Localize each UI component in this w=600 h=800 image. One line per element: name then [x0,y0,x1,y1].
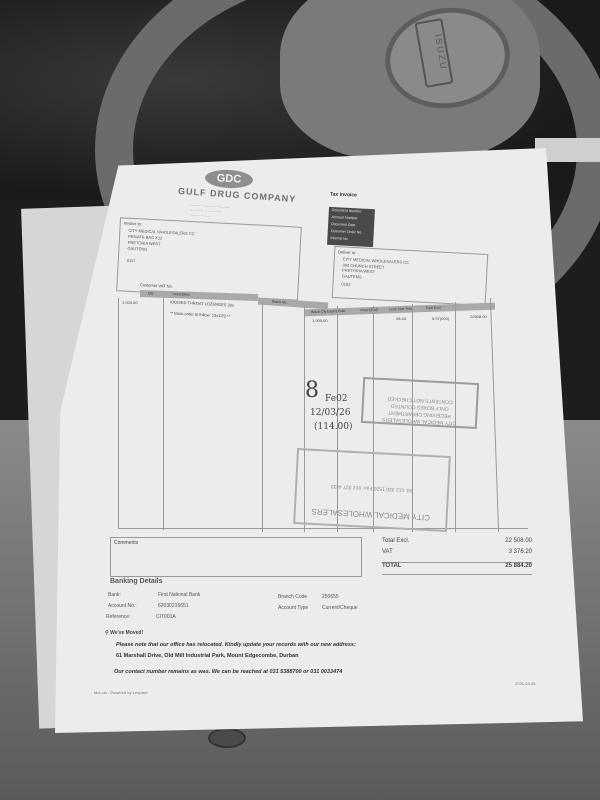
invoice-to-box: Invoice to: CITY MEDICAL WHOLESALERS CC … [116,217,302,300]
banking-title: Banking Details [110,578,163,585]
branch-label: Branch Code [278,594,307,600]
table-border-left [118,298,119,528]
stamp-line: Tel: 012 328 1520 Fax: 012 327 4432 [297,480,447,495]
row-qty: 1 000.00 [122,300,138,305]
col-batch-qty: Batch Qty [305,310,327,315]
moved-notice: Please note that our office has relocate… [116,642,356,648]
handwritten-date: 12/03/26 [310,408,350,418]
grand-total-label: TOTAL [382,563,401,574]
row-price: 28.44 [396,316,406,321]
grand-total-value: 25 884.20 [505,563,532,574]
account-value: 62030216651 [158,603,189,609]
contact-notice: Our contact number remains as was. We ca… [114,669,342,675]
handwritten-signature: 8 [305,378,319,403]
table-col-divider [262,302,263,532]
receiving-stamp: CITY MEDICAL WHOLESALERS RECEIVING DEPAR… [361,377,479,429]
comments-label: Comments [111,538,361,548]
vat-label: VAT [382,549,393,560]
stamp-line: CITY MEDICAL WHOLESALERS [296,507,446,522]
handwritten-ref: Fe02 [325,394,348,404]
label-internal-no: Internal No. [327,235,373,244]
col-description: Description [162,292,190,297]
new-address: 61 Marshall Drive, Old Mill Industrial P… [116,653,298,659]
total-excl-row: Total Excl. 22 508.00 [382,538,532,549]
bank-label: Bank: [108,592,121,598]
col-qty: Qty [140,291,162,296]
document-info-box: Document Number Account Number Document … [327,207,375,247]
row-total-excl: 22508.00 [470,314,487,319]
footer-software: McLoin - Powered by Leopard [94,690,147,695]
moved-title: ⚲ We've Moved! [105,630,143,636]
row-batch-qty: 1 000.00 [312,318,328,323]
footer-date: 2026-03-06 [515,681,535,686]
total-excl-value: 22 508.00 [505,538,532,549]
grand-total-row: TOTAL 25 884.20 [382,562,532,575]
bank-value: First National Bank [158,592,200,598]
vat-value: 3 376.20 [509,549,532,560]
table-col-divider [163,298,164,530]
vat-row: VAT 3 376.20 [382,549,532,560]
moved-title-text: We've Moved! [110,630,143,636]
totals-box: Total Excl. 22 508.00 VAT 3 376.20 TOTAL… [382,538,532,575]
document-title: Tax Invoice [330,192,357,199]
col-total-excl: Total Excl. [414,306,442,311]
account-type-value: Current/Cheque [322,605,358,611]
comments-box: Comments [110,537,362,577]
invoice-to-line: 0117 [127,258,299,273]
shirt-button [208,728,246,748]
reference-label: Reference: [106,614,130,620]
handwritten-amount: (114.00) [314,422,353,432]
reference-value: CIT001A [156,614,176,620]
row-line-value: 5.97(000) [432,316,449,321]
company-stamp: CITY MEDICAL WHOLESALERS Tel: 012 328 15… [293,448,451,532]
deliver-to-box: Deliver to: CITY MEDICAL WHOLESALERS CC … [332,246,489,306]
col-less: Less [379,307,397,312]
table-bottom-border [118,528,528,529]
branch-value: 250655 [322,594,339,600]
total-excl-label: Total Excl. [382,538,409,549]
location-pin-icon: ⚲ [105,630,109,636]
account-type-label: Account Type [278,605,308,611]
account-label: Account No.: [108,603,137,609]
col-line-total: Line Total [398,307,413,312]
